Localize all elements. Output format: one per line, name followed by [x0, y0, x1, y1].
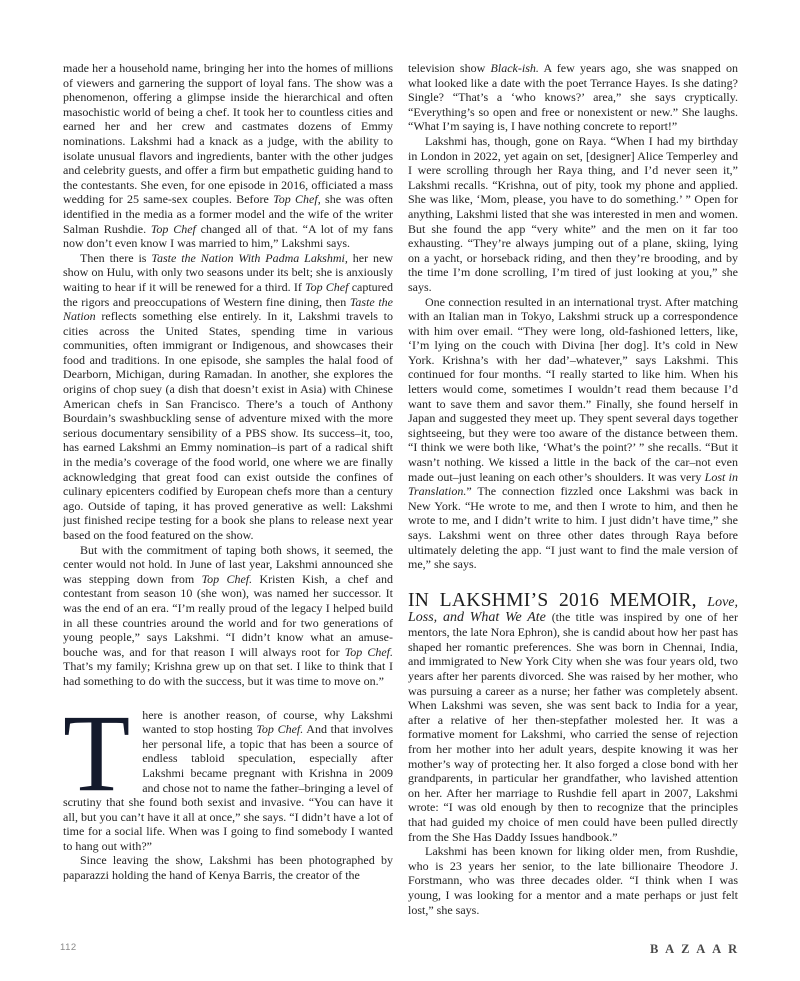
article-paragraph: IN LAKSHMI’S 2016 MEMOIR, Love, Loss, an…	[408, 591, 738, 844]
article-paragraph: Lakshmi has, though, gone on Raya. “When…	[408, 134, 738, 295]
article-paragraph: made her a household name, bringing her …	[63, 61, 393, 251]
drop-cap: T	[63, 708, 142, 794]
article-paragraph: One connection resulted in an internatio…	[408, 295, 738, 572]
article-paragraph: Since leaving the show, Lakshmi has been…	[63, 853, 393, 882]
page-footer: 112 BAZAAR	[0, 921, 800, 981]
magazine-page: made her a household name, bringing her …	[0, 0, 800, 981]
article-paragraph: Then there is Taste the Nation With Padm…	[63, 251, 393, 543]
article-body: made her a household name, bringing her …	[63, 61, 738, 939]
bazaar-logo: BAZAAR	[650, 942, 744, 957]
left-column: made her a household name, bringing her …	[63, 61, 393, 939]
article-paragraph: television show Black-ish. A few years a…	[408, 61, 738, 134]
right-column: television show Black-ish. A few years a…	[408, 61, 738, 939]
article-paragraph: There is another reason, of course, why …	[63, 708, 393, 854]
section-heading: IN LAKSHMI’S 2016 MEMOIR,	[408, 590, 707, 611]
article-paragraph: But with the commitment of taping both s…	[63, 543, 393, 689]
article-paragraph: Lakshmi has been known for liking older …	[408, 844, 738, 917]
page-number: 112	[60, 942, 77, 953]
